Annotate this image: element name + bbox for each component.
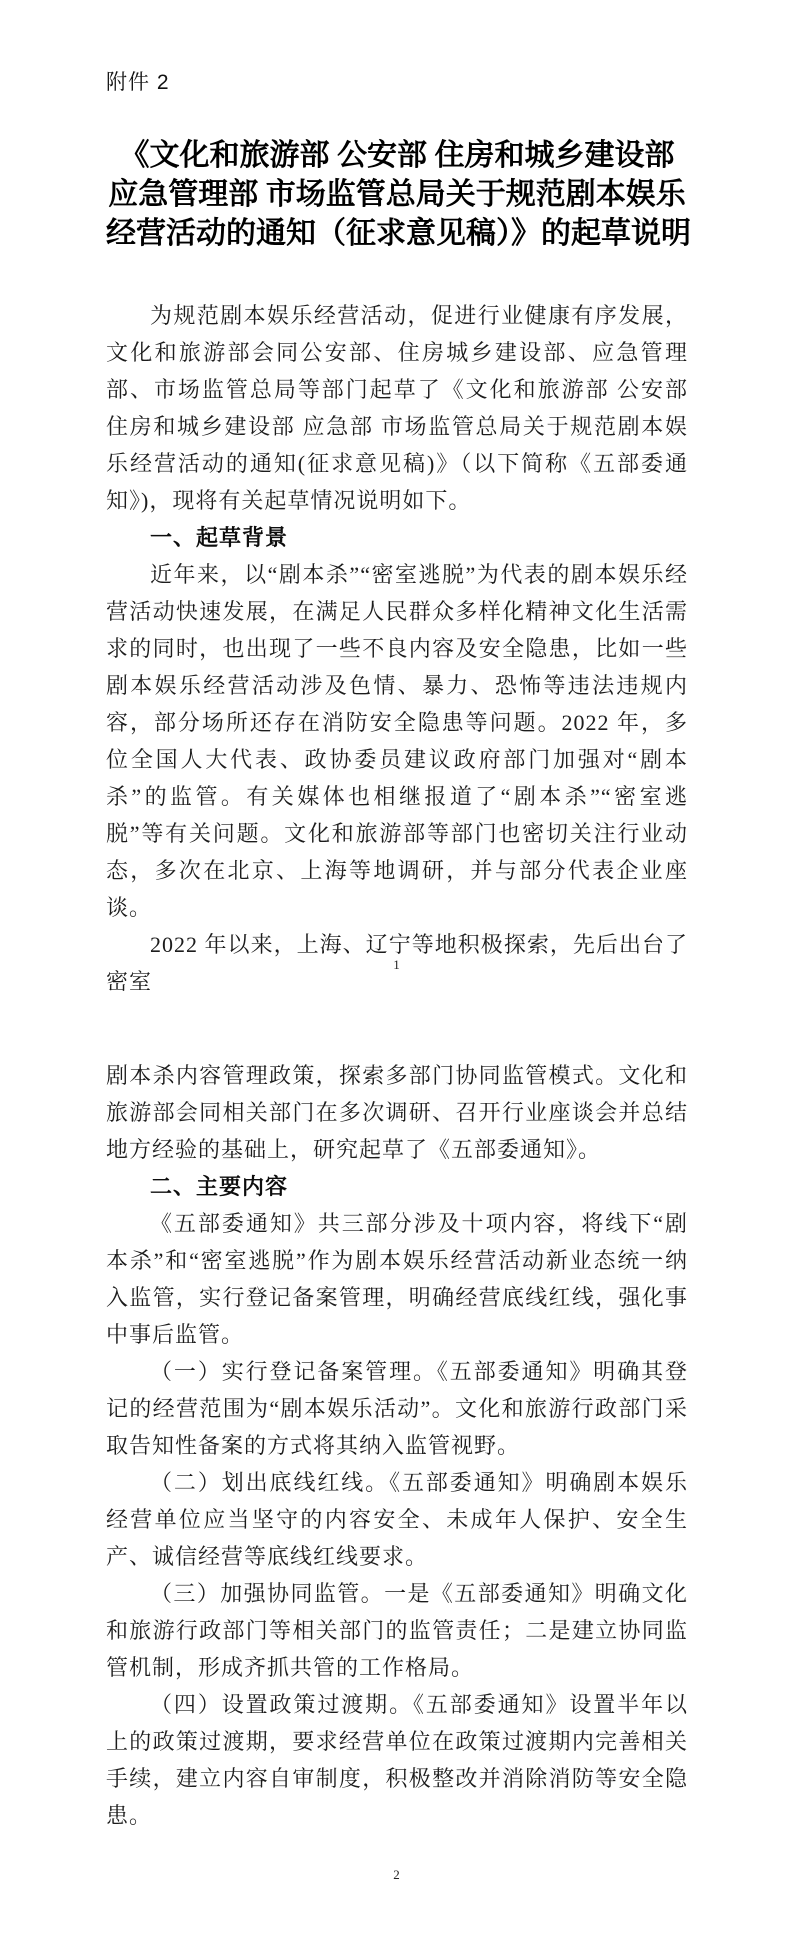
page1-body: 为规范剧本娱乐经营活动，促进行业健康有序发展，文化和旅游部会同公安部、住房城乡建… — [106, 297, 688, 1000]
page2-body: 剧本杀内容管理政策，探索多部门协同监管模式。文化和旅游部会同相关部门在多次调研、… — [106, 1057, 688, 1834]
paragraph-overview: 《五部委通知》共三部分涉及十项内容，将线下“剧本杀”和“密室逃脱”作为剧本娱乐经… — [106, 1205, 688, 1353]
page1-number: 1 — [0, 958, 793, 972]
document-title: 《文化和旅游部 公安部 住房和城乡建设部 应急管理部 市场监管总局关于规范剧本娱… — [106, 136, 688, 253]
section-heading-main-content: 二、主要内容 — [106, 1168, 688, 1205]
paragraph-local-policies-continued: 剧本杀内容管理政策，探索多部门协同监管模式。文化和旅游部会同相关部门在多次调研、… — [106, 1057, 688, 1168]
document-title-line-1: 《文化和旅游部 公安部 住房和城乡建设部 — [106, 136, 688, 175]
attachment-label: 附件 2 — [106, 71, 688, 94]
document-title-line-3: 经营活动的通知（征求意见稿）》的起草说明 — [106, 214, 688, 253]
paragraph-intro: 为规范剧本娱乐经营活动，促进行业健康有序发展，文化和旅游部会同公安部、住房城乡建… — [106, 297, 688, 519]
paragraph-item-4-transition-period: （四）设置政策过渡期。《五部委通知》设置半年以上的政策过渡期，要求经营单位在政策… — [106, 1686, 688, 1834]
paragraph-item-3-joint-supervision: （三）加强协同监管。一是《五部委通知》明确文化和旅游行政部门等相关部门的监管责任… — [106, 1575, 688, 1686]
section-heading-background: 一、起草背景 — [106, 519, 688, 556]
document-page: 附件 2 《文化和旅游部 公安部 住房和城乡建设部 应急管理部 市场监管总局关于… — [0, 0, 793, 1951]
paragraph-item-1-registration: （一）实行登记备案管理。《五部委通知》明确其登记的经营范围为“剧本娱乐活动”。文… — [106, 1353, 688, 1464]
page2-number: 2 — [0, 1868, 793, 1882]
paragraph-item-2-red-lines: （二）划出底线红线。《五部委通知》明确剧本娱乐经营单位应当坚守的内容安全、未成年… — [106, 1464, 688, 1575]
document-title-line-2: 应急管理部 市场监管总局关于规范剧本娱乐 — [106, 175, 688, 214]
paragraph-background: 近年来，以“剧本杀”“密室逃脱”为代表的剧本娱乐经营活动快速发展，在满足人民群众… — [106, 556, 688, 926]
